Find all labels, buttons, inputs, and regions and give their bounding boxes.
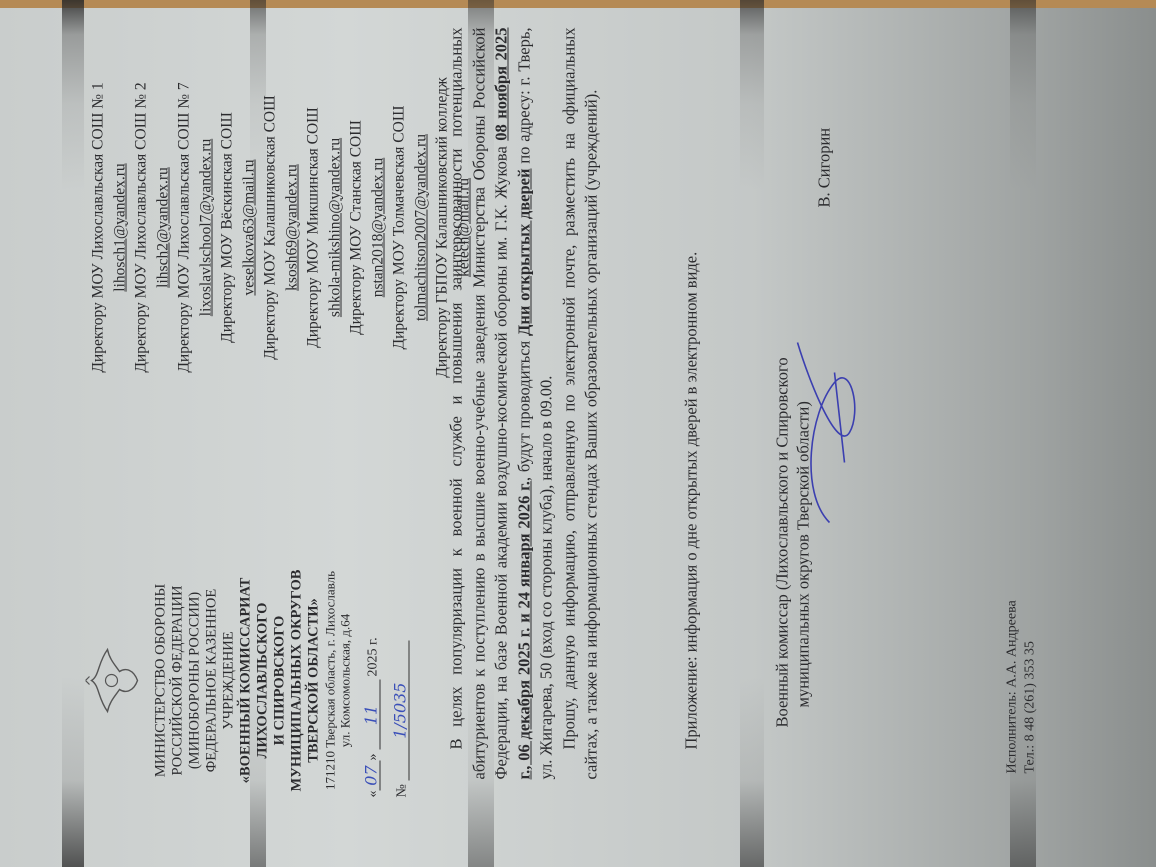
date-month: 11	[363, 680, 381, 750]
letter-body: В целях популяризации к военной службе и…	[446, 28, 604, 780]
org-name-line: «ВОЕННЫЙ КОМИССАРИАТ	[238, 556, 255, 806]
sender-address-line2: ул. Комсомольская, д.64	[338, 556, 353, 806]
letter-page: МИНИСТЕРСТВО ОБОРОНЫРОССИЙСКОЙ ФЕДЕРАЦИИ…	[0, 1, 1156, 867]
recipient-list: Директору МОУ Лихославльская СОШ № 1liho…	[88, 28, 475, 428]
letter-number: № 1/5035	[392, 556, 411, 806]
eagle-emblem-icon	[86, 646, 142, 716]
attachment-note: Приложение: информация о дне открытых дв…	[682, 252, 702, 750]
executor-footer: Исполнитель: А.А. Андреева Тел.: 8 48 (2…	[1004, 600, 1040, 773]
recipient-email-link[interactable]: veselkova63@mail.ru	[238, 28, 260, 428]
body-paragraph-2: Прошу, данную информацию, отправленную п…	[558, 28, 603, 780]
sender-header: МИНИСТЕРСТВО ОБОРОНЫРОССИЙСКОЙ ФЕДЕРАЦИИ…	[86, 556, 411, 806]
org-line: РОССИЙСКОЙ ФЕДЕРАЦИИ	[170, 556, 187, 806]
org-line: МИНИСТЕРСТВО ОБОРОНЫ	[153, 556, 170, 806]
recipient-name: Директору МОУ Лихославльская СОШ № 1	[88, 28, 110, 428]
signer-name: В. Сигорин	[814, 128, 835, 208]
org-line: УЧРЕЖДЕНИЕ	[221, 556, 238, 806]
executor-name: Исполнитель: А.А. Андреева	[1004, 600, 1022, 773]
date-day: 07	[363, 761, 381, 791]
sender-address-line1: 171210 Тверская область, г. Лихославль	[323, 556, 338, 806]
body-paragraph-1: В целях популяризации к военной службе и…	[446, 28, 559, 780]
recipient-email-link[interactable]: tolmachitson2007@yandex.ru	[410, 28, 432, 428]
recipient-email-link[interactable]: nstan2018@yandex.ru	[367, 28, 389, 428]
org-name-line: И СПИРОВСКОГО	[272, 556, 289, 806]
number-value: 1/5035	[392, 641, 410, 781]
recipient-email-link[interactable]: lihsch2@yandex.ru	[152, 28, 174, 428]
org-name-line: ЛИХОСЛАВЛЬСКОГО	[255, 556, 272, 806]
recipient-name: Директору МОУ Толмачевская СОШ	[389, 28, 411, 428]
recipient-name: Директору МОУ Станская СОШ	[346, 28, 368, 428]
org-line: ФЕДЕРАЛЬНОЕ КАЗЕННОЕ	[204, 556, 221, 806]
handwritten-signature-icon	[790, 333, 870, 533]
org-name-line: МУНИЦИПАЛЬНЫХ ОКРУГОВ	[289, 556, 306, 806]
executor-phone: Тел.: 8 48 (261) 353 35	[1022, 600, 1040, 773]
recipient-name: Директору МОУ Микшинская СОШ	[303, 28, 325, 428]
event-name: Дни открытых дверей	[514, 168, 533, 336]
recipient-name: Директору МОУ Лихославльская СОШ № 7	[174, 28, 196, 428]
recipient-name: Директору МОУ Калашниковская СОШ	[260, 28, 282, 428]
recipient-email-link[interactable]: shkola-mikshino@yandex.ru	[324, 28, 346, 428]
org-name-line: ТВЕРСКОЙ ОБЛАСТИ»	[306, 556, 323, 806]
number-label: №	[395, 784, 410, 797]
recipient-email-link[interactable]: lixoslavlschool7@yandex.ru	[195, 28, 217, 428]
recipient-name: Директору МОУ Вёскинская СОШ	[217, 28, 239, 428]
date-year: 2025 г.	[366, 637, 381, 676]
org-line: (МИНОБОРОНЫ РОССИИ)	[187, 556, 204, 806]
letter-date: «07» 11 2025 г.	[363, 556, 382, 806]
recipient-name: Директору МОУ Лихославльская СОШ № 2	[131, 28, 153, 428]
recipient-email-link[interactable]: lihosch1@yandex.ru	[109, 28, 131, 428]
recipient-email-link[interactable]: ksosh69@yandex.ru	[281, 28, 303, 428]
